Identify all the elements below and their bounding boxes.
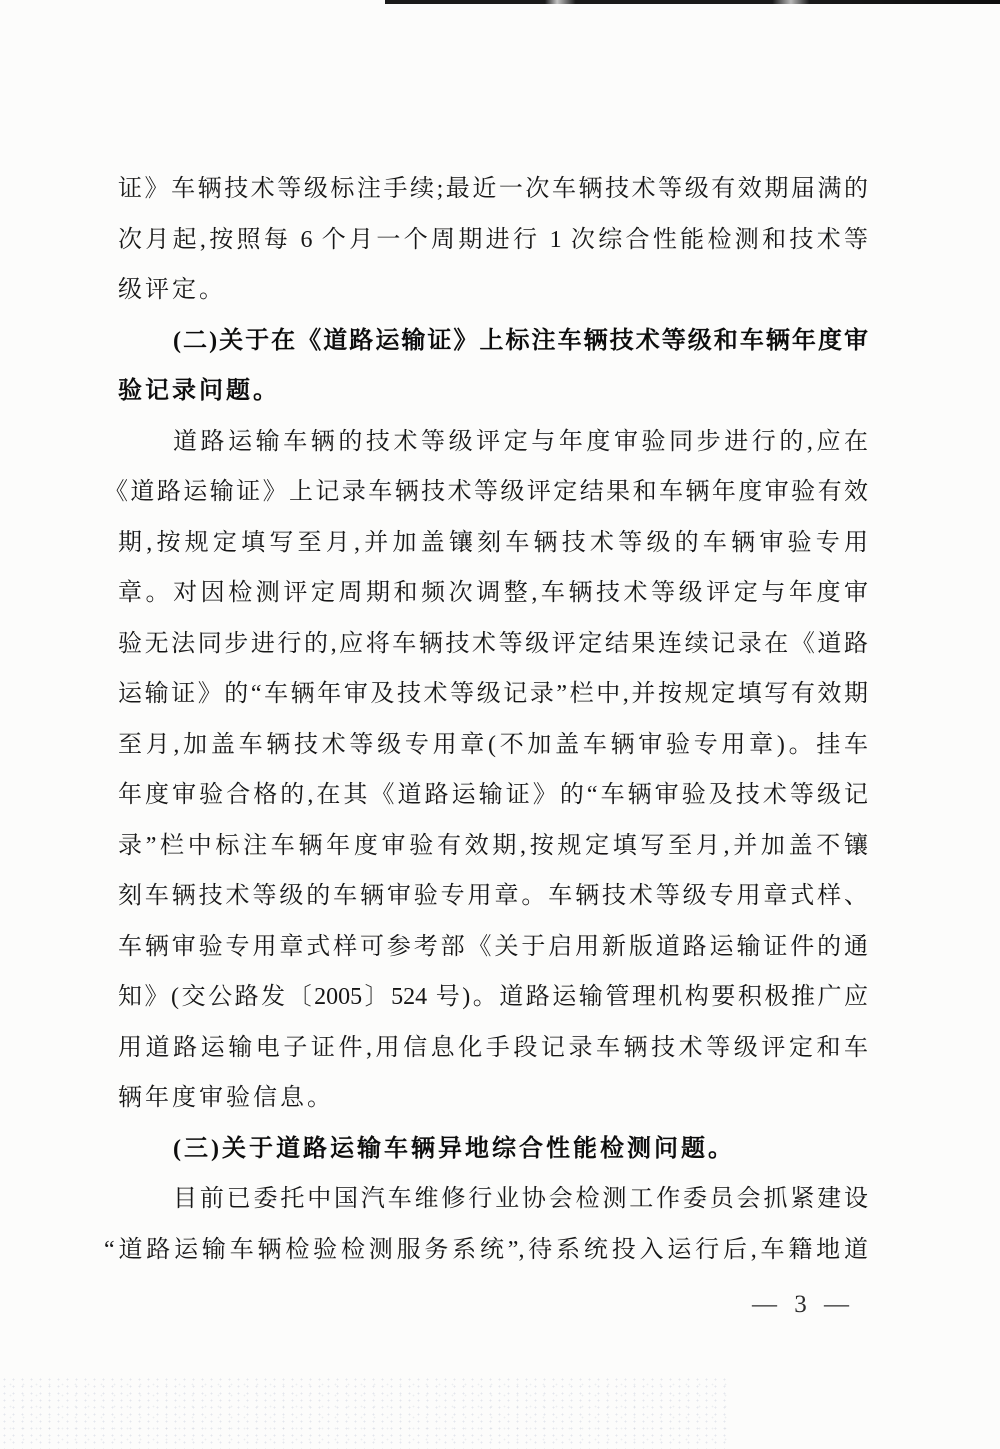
text-line: 次月起,按照每 6 个月一个周期进行 1 次综合性能检测和技术等 — [118, 215, 868, 266]
scanned-document-page: 证》车辆技术等级标注手续;最近一次车辆技术等级有效期届满的 次月起,按照每 6 … — [0, 0, 1000, 1449]
text-line: 用道路运输电子证件,用信息化手段记录车辆技术等级评定和车 — [118, 1023, 868, 1074]
scan-artifact-noise — [0, 1376, 730, 1449]
section-heading-line: (二)关于在《道路运输证》上标注车辆技术等级和车辆年度审 — [118, 316, 868, 367]
page-number: — 3 — — [752, 1291, 849, 1319]
text-line: 期,按规定填写至月,并加盖镶刻车辆技术等级的车辆审验专用 — [118, 518, 868, 569]
page-number-value: 3 — [794, 1291, 807, 1319]
text-line: 至月,加盖车辆技术等级专用章(不加盖车辆审验专用章)。挂车 — [118, 720, 868, 771]
document-body: 证》车辆技术等级标注手续;最近一次车辆技术等级有效期届满的 次月起,按照每 6 … — [118, 164, 868, 1275]
text-line: 刻车辆技术等级的车辆审验专用章。车辆技术等级专用章式样、 — [118, 871, 868, 922]
text-line: 《道路运输证》上记录车辆技术等级评定结果和车辆年度审验有效 — [104, 467, 868, 518]
text-line: 证》车辆技术等级标注手续;最近一次车辆技术等级有效期届满的 — [118, 164, 868, 215]
text-line: 目前已委托中国汽车维修行业协会检测工作委员会抓紧建设 — [118, 1174, 868, 1225]
section-heading-line: (三)关于道路运输车辆异地综合性能检测问题。 — [118, 1124, 868, 1175]
page-number-dash-left: — — [752, 1291, 777, 1319]
text-line: 运输证》的“车辆年审及技术等级记录”栏中,并按规定填写有效期 — [118, 669, 868, 720]
page-number-dash-right: — — [824, 1291, 849, 1319]
text-line: 知》(交公路发〔2005〕524 号)。道路运输管理机构要积极推广应 — [118, 972, 868, 1023]
text-line: 录”栏中标注车辆年度审验有效期,按规定填写至月,并加盖不镶 — [118, 821, 868, 872]
text-line: 道路运输车辆的技术等级评定与年度审验同步进行的,应在 — [118, 417, 868, 468]
text-line: 级评定。 — [118, 265, 868, 316]
scan-artifact-top-edge — [385, 0, 1000, 4]
text-line: “道路运输车辆检验检测服务系统”,待系统投入运行后,车籍地道 — [104, 1225, 868, 1276]
text-line: 章。对因检测评定周期和频次调整,车辆技术等级评定与年度审 — [118, 568, 868, 619]
section-heading-line: 验记录问题。 — [118, 366, 868, 417]
text-line: 辆年度审验信息。 — [118, 1073, 868, 1124]
text-line: 车辆审验专用章式样可参考部《关于启用新版道路运输证件的通 — [118, 922, 868, 973]
text-line: 验无法同步进行的,应将车辆技术等级评定结果连续记录在《道路 — [118, 619, 868, 670]
text-line: 年度审验合格的,在其《道路运输证》的“车辆审验及技术等级记 — [118, 770, 868, 821]
